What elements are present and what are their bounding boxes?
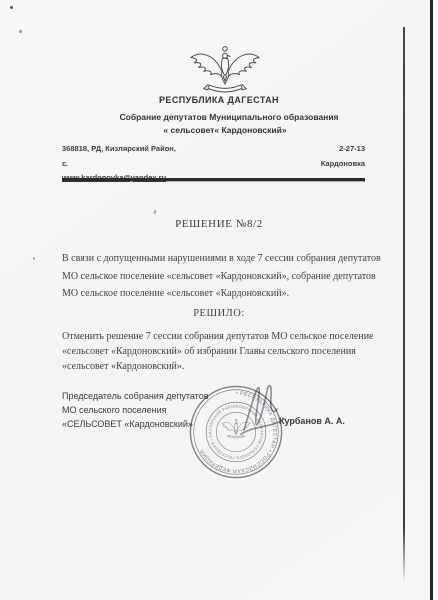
- scan-speck: [153, 210, 157, 214]
- organization-line-1: Собрание депутатов Муниципального образо…: [14, 112, 438, 122]
- scan-edge-line-inner: [403, 27, 405, 583]
- header-divider-rule: [62, 178, 365, 181]
- preamble-paragraph: В связи с допущенными нарушениями в ходе…: [62, 250, 381, 303]
- preamble-line: МО сельское поселение «сельсовет «Кардон…: [62, 268, 381, 286]
- dagestan-coat-of-arms: [187, 43, 263, 95]
- signatory-title-line: «СЕЛЬСОВЕТ «Кардоновский»: [62, 418, 208, 432]
- resolution-line: «сельсовет «Кардоновский» об избрании Гл…: [62, 345, 374, 360]
- signatory-title-line: Председатель собрания депутатов: [62, 390, 208, 404]
- resolution-line: Отменить решение 7 сессии собрания депут…: [62, 330, 374, 345]
- preamble-line: МО сельское поселение «сельсовет «Кардон…: [62, 285, 381, 303]
- scan-speck: [33, 257, 35, 260]
- scan-edge-strip: [432, 0, 438, 600]
- settlement-name: Кардоновка: [270, 157, 365, 172]
- signatory-title-block: Председатель собрания депутатов МО сельс…: [62, 390, 208, 431]
- resolved-heading: РЕШИЛО:: [4, 308, 434, 319]
- preamble-line: В связи с допущенными нарушениями в ходе…: [62, 250, 381, 268]
- scan-speck: [10, 6, 13, 9]
- organization-line-2: « сельсовет« Кардоновский»: [10, 125, 438, 135]
- republic-heading: РЕСПУБЛИКА ДАГЕСТАН: [4, 95, 434, 105]
- address-line-1: 368818, РД, Кизлярский Район,: [62, 142, 176, 157]
- address-line-2: с.: [62, 157, 176, 172]
- resolution-line: «сельсовет «Кардоновский».: [62, 360, 374, 375]
- signatory-title-line: МО сельского поселения: [62, 404, 208, 418]
- scan-edge-line-outer: [430, 0, 433, 600]
- document-title: РЕШЕНИЕ №8/2: [4, 218, 434, 230]
- signatory-name: Курбанов А. А.: [279, 416, 345, 426]
- resolution-paragraph: Отменить решение 7 сессии собрания депут…: [62, 330, 374, 374]
- scanned-document-page: РЕСПУБЛИКА ДАГЕСТАН Собрание депутатов М…: [0, 0, 438, 600]
- handwritten-signature: [234, 376, 294, 440]
- phone-number: 2-27-13: [270, 142, 365, 157]
- scan-speck: [19, 30, 22, 33]
- contact-block: 2-27-13 Кардоновка: [270, 142, 365, 171]
